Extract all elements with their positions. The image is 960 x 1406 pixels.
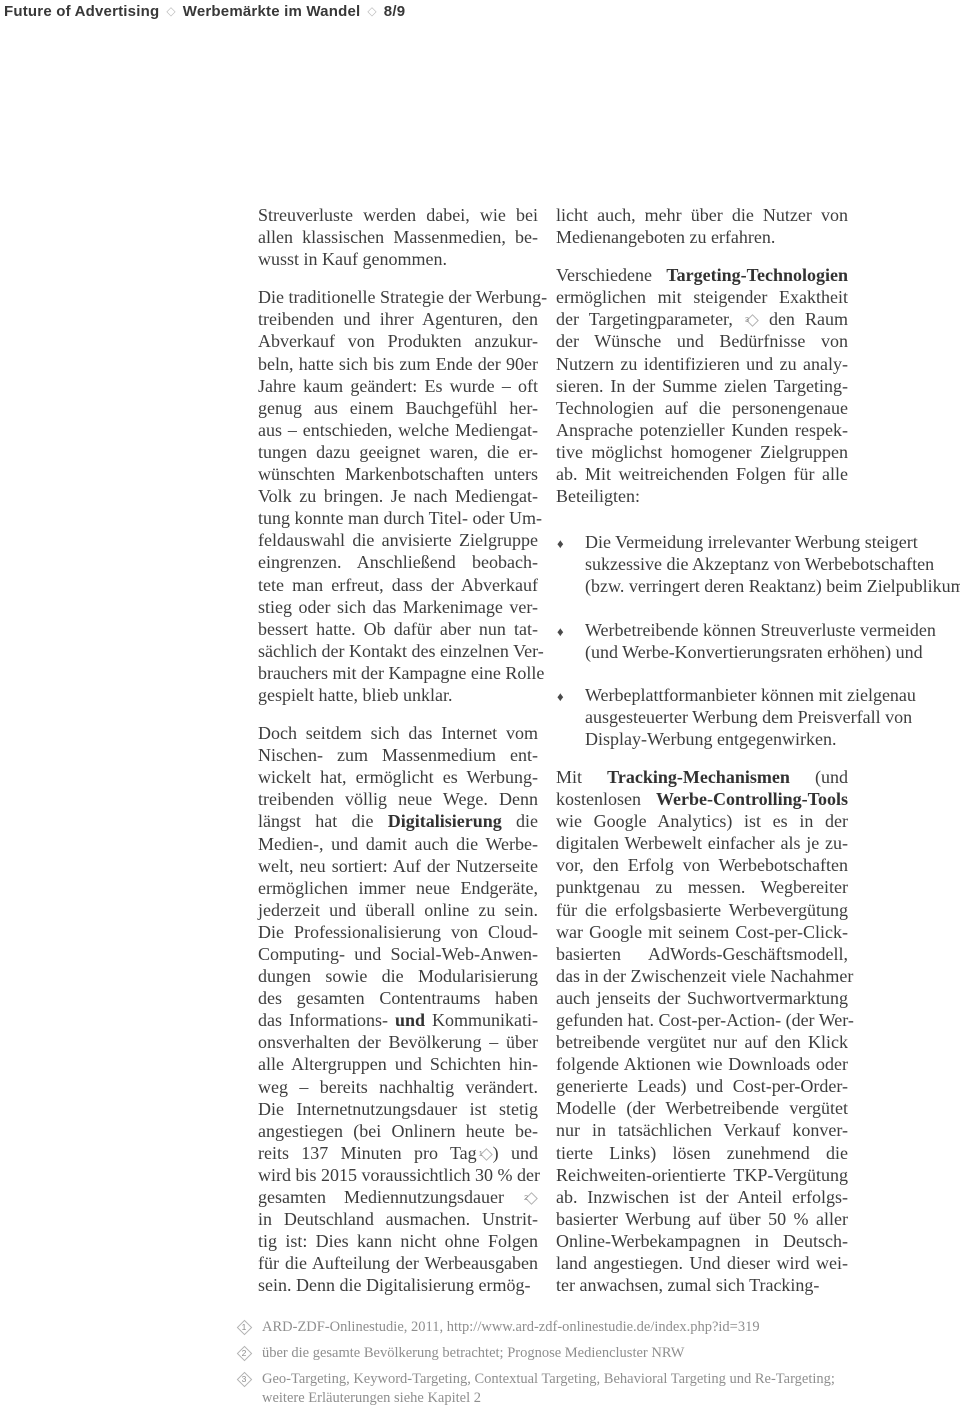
text-line: das in der Zwischenzeit viele Nachahmer bbox=[556, 965, 848, 987]
footnote-text: Geo-Targeting, Keyword-Targeting, Contex… bbox=[262, 1370, 952, 1406]
bold-term: Digitalisierung bbox=[388, 811, 502, 831]
footnote-marker-1-icon: 1 bbox=[236, 1319, 252, 1335]
text-line: Werbeplattformanbieter können mit zielge… bbox=[585, 684, 848, 706]
text-line: wie Google Analytics) ist es in der bbox=[556, 810, 848, 832]
text-line: tierte Links) lösen zunehmend die bbox=[556, 1142, 848, 1164]
text-line: das Informations- und Kommunikati- bbox=[258, 1009, 538, 1031]
text-line: basierter Werbung auf über 50 % aller bbox=[556, 1208, 848, 1230]
text-line: tive möglichst homogener Zielgruppen bbox=[556, 441, 848, 463]
text-line: beln, hatte sich bis zum Ende der 90er bbox=[258, 353, 538, 375]
bold-term: und bbox=[395, 1010, 425, 1030]
text-line: war Google mit seinem Cost-per-Click- bbox=[556, 921, 848, 943]
text-line: wickelt hat, ermöglicht es Werbung- bbox=[258, 766, 538, 788]
text-line: Nutzern zu identifizieren und zu analy- bbox=[556, 353, 848, 375]
text-line: ARD-ZDF-Onlinestudie, 2011, http://www.a… bbox=[262, 1318, 952, 1337]
text-line: gespielt hatte, blieb unklar. bbox=[258, 684, 538, 706]
text-line: brauchers mit der Kampagne eine Rolle bbox=[258, 662, 538, 684]
bullet-diamond-icon: ♦ bbox=[557, 686, 564, 708]
text-line: jederzeit und überall online zu sein. bbox=[258, 899, 538, 921]
text-line: weg – bereits nachhaltig verändert. bbox=[258, 1076, 538, 1098]
footnote-row: 1ARD-ZDF-Onlinestudie, 2011, http://www.… bbox=[236, 1318, 952, 1338]
text-line: Medien-, und damit auch die Werbe- bbox=[258, 833, 538, 855]
text-line: ab. Inzwischen ist der Anteil erfolgs- bbox=[556, 1186, 848, 1208]
footnote-row: 2über die gesamte Bevölkerung betrachtet… bbox=[236, 1344, 952, 1364]
text-line: Volk zu bringen. Je nach Mediengat- bbox=[258, 485, 538, 507]
text-line: eingrenzen. Anschließend beobach- bbox=[258, 551, 538, 573]
footnote-marker-cell: 2 bbox=[236, 1344, 262, 1364]
text-line: weitere Erläuterungen siehe Kapitel 2 bbox=[262, 1389, 952, 1406]
diamond-separator-icon: ◇ bbox=[166, 4, 175, 18]
text-line: treibenden und ihrer Agenturen, den bbox=[258, 308, 538, 330]
text-line: Geo-Targeting, Keyword-Targeting, Contex… bbox=[262, 1370, 952, 1389]
footnote-marker-1-icon: 1 bbox=[479, 1147, 493, 1161]
text-line: digitalen Werbewelt einfacher als je zu- bbox=[556, 832, 848, 854]
text-line: wünschten Markenbotschaften unters bbox=[258, 463, 538, 485]
footnote-marker-2-icon: 2 bbox=[524, 1191, 538, 1205]
text-line: bessert hatte. Ob dafür aber nun tat- bbox=[258, 618, 538, 640]
text-line: allen klassischen Massenmedien, be- bbox=[258, 226, 538, 248]
text-line: gefunden hat. Cost-per-Action- (der Wer- bbox=[556, 1009, 848, 1031]
text-line: tungen dazu geeignet waren, die er- bbox=[258, 441, 538, 463]
bullet-item: ♦Die Vermeidung irrelevanter Werbung ste… bbox=[556, 531, 848, 597]
paragraph: Verschiedene Targeting-Technologienermög… bbox=[556, 264, 848, 507]
text-line: (und Werbe-Konvertierungsraten erhöhen) … bbox=[585, 641, 848, 663]
bullet-list: ♦Die Vermeidung irrelevanter Werbung ste… bbox=[556, 531, 848, 750]
paragraph: Mit Tracking-Mechanismen (undkostenlosen… bbox=[556, 766, 848, 1296]
left-text-column: Streuverluste werden dabei, wie beiallen… bbox=[258, 204, 538, 1313]
text-line: punktgenau zu messen. Wegbereiter bbox=[556, 876, 848, 898]
bullet-text: Werbetreibende können Streuverluste verm… bbox=[585, 619, 848, 663]
text-line: Ansprache potenzieller Kunden respek- bbox=[556, 419, 848, 441]
text-line: Nischen- zum Massenmedium ent- bbox=[258, 744, 538, 766]
text-line: generierte Leads) und Cost-per-Order- bbox=[556, 1075, 848, 1097]
text-line: Verschiedene Targeting-Technologien bbox=[556, 264, 848, 286]
text-line: onsverhalten der Bevölkerung – über bbox=[258, 1031, 538, 1053]
text-line: der Targetingparameter, 3 den Raum bbox=[556, 308, 848, 330]
text-line: Computing- und Social-Web-Anwen- bbox=[258, 943, 538, 965]
text-line: welt, neu sortiert: Auf der Nutzerseite bbox=[258, 855, 538, 877]
text-line: nur in tatsächlichen Verkauf konver- bbox=[556, 1119, 848, 1141]
paragraph: Die traditionelle Strategie der Werbung-… bbox=[258, 286, 538, 706]
text-line: Streuverluste werden dabei, wie bei bbox=[258, 204, 538, 226]
document-page: Future of Advertising◇Werbemärkte im Wan… bbox=[0, 0, 960, 1406]
text-line: angestiegen (bei Onlinern heute be- bbox=[258, 1120, 538, 1142]
text-line: tig ist: Dies kann nicht ohne Folgen bbox=[258, 1230, 538, 1252]
text-line: ter anwachsen, zumal sich Tracking- bbox=[556, 1274, 848, 1296]
text-line: Online-Werbekampagnen in Deutsch- bbox=[556, 1230, 848, 1252]
footnote-text: über die gesamte Bevölkerung betrachtet;… bbox=[262, 1344, 952, 1364]
text-line: Werbetreibende können Streuverluste verm… bbox=[585, 619, 848, 641]
text-line: wusst in Kauf genommen. bbox=[258, 248, 538, 270]
bold-term: Werbe-Controlling-Tools bbox=[656, 789, 848, 809]
right-text-column: licht auch, mehr über die Nutzer vonMedi… bbox=[556, 204, 848, 1312]
text-line: folgende Aktionen wie Downloads oder bbox=[556, 1053, 848, 1075]
text-line: stieg oder sich das Markenimage ver- bbox=[258, 596, 538, 618]
footnote-marker-cell: 1 bbox=[236, 1318, 262, 1338]
text-line: genug aus einem Bauchgefühl her- bbox=[258, 397, 538, 419]
text-line: der Wünsche und Bedürfnisse von bbox=[556, 330, 848, 352]
text-line: Display-Werbung entgegenwirken. bbox=[585, 728, 848, 750]
text-line: in Deutschland ausmachen. Unstrit- bbox=[258, 1208, 538, 1230]
bullet-item: ♦Werbetreibende können Streuverluste ver… bbox=[556, 619, 848, 663]
text-line: vor, den Erfolg von Werbebotschaften bbox=[556, 854, 848, 876]
text-line: feldauswahl die anvisierte Zielgruppe bbox=[258, 529, 538, 551]
text-line: Die Professionalisierung von Cloud- bbox=[258, 921, 538, 943]
paragraph: licht auch, mehr über die Nutzer vonMedi… bbox=[556, 204, 848, 248]
bullet-text: Werbeplattformanbieter können mit zielge… bbox=[585, 684, 848, 750]
text-line: Die Vermeidung irrelevanter Werbung stei… bbox=[585, 531, 848, 553]
text-line: Jahre kaum geändert: Es wurde – oft bbox=[258, 375, 538, 397]
footnote-marker-3-icon: 3 bbox=[236, 1371, 252, 1387]
text-line: betreibende vergütet nur auf den Klick bbox=[556, 1031, 848, 1053]
footnotes-block: 1ARD-ZDF-Onlinestudie, 2011, http://www.… bbox=[236, 1318, 952, 1406]
bullet-item: ♦Werbeplattformanbieter können mit zielg… bbox=[556, 684, 848, 750]
bold-term: Tracking-Mechanismen bbox=[607, 767, 790, 787]
text-line: auch jenseits der Suchwortvermarktung bbox=[556, 987, 848, 1009]
footnote-marker-2-icon: 2 bbox=[236, 1345, 252, 1361]
text-line: treibenden völlig neue Wege. Denn bbox=[258, 788, 538, 810]
text-line: Mit Tracking-Mechanismen (und bbox=[556, 766, 848, 788]
text-line: gesamten Mediennutzungsdauer 2 bbox=[258, 1186, 538, 1208]
bullet-diamond-icon: ♦ bbox=[557, 621, 564, 643]
page-header: Future of Advertising◇Werbemärkte im Wan… bbox=[4, 3, 405, 20]
text-line: Beteiligten: bbox=[556, 485, 848, 507]
text-line: basierten AdWords-Geschäftsmodell, bbox=[556, 943, 848, 965]
header-title-part: 8/9 bbox=[384, 3, 405, 20]
footnote-text: ARD-ZDF-Onlinestudie, 2011, http://www.a… bbox=[262, 1318, 952, 1338]
text-line: sieren. In der Summe zielen Targeting- bbox=[556, 375, 848, 397]
text-line: längst hat die Digitalisierung die bbox=[258, 810, 538, 832]
text-line: (bzw. verringert deren Reaktanz) beim Zi… bbox=[585, 575, 848, 597]
footnote-row: 3Geo-Targeting, Keyword-Targeting, Conte… bbox=[236, 1370, 952, 1406]
footnote-marker-3-icon: 3 bbox=[745, 313, 759, 327]
text-line: Die traditionelle Strategie der Werbung- bbox=[258, 286, 538, 308]
text-line: für die erfolgsbasierte Werbevergütung bbox=[556, 899, 848, 921]
bullet-text: Die Vermeidung irrelevanter Werbung stei… bbox=[585, 531, 848, 597]
text-line: für die Aufteilung der Werbeausgaben bbox=[258, 1252, 538, 1274]
header-title-part: Werbemärkte im Wandel bbox=[183, 3, 361, 20]
text-line: Modelle (der Werbetreibende vergütet bbox=[556, 1097, 848, 1119]
text-line: Reichweiten-orientierte TKP-Vergütung bbox=[556, 1164, 848, 1186]
text-line: tete man erfreut, dass der Abverkauf bbox=[258, 574, 538, 596]
text-line: sukzessive die Akzeptanz von Werbebotsch… bbox=[585, 553, 848, 575]
paragraph: Streuverluste werden dabei, wie beiallen… bbox=[258, 204, 538, 270]
text-line: reits 137 Minuten pro Tag1) und bbox=[258, 1142, 538, 1164]
text-line: sächlich der Kontakt des einzelnen Ver- bbox=[258, 640, 538, 662]
text-line: Medienangeboten zu erfahren. bbox=[556, 226, 848, 248]
text-line: Abverkauf von Produkten anzukur- bbox=[258, 330, 538, 352]
text-line: tung konnte man durch Titel- oder Um- bbox=[258, 507, 538, 529]
text-line: Doch seitdem sich das Internet vom bbox=[258, 722, 538, 744]
text-line: ausgesteuerter Werbung dem Preisverfall … bbox=[585, 706, 848, 728]
text-line: dungen sowie die Modularisierung bbox=[258, 965, 538, 987]
text-line: alle Altergruppen und Schichten hin- bbox=[258, 1053, 538, 1075]
text-line: aus – entschieden, welche Mediengat- bbox=[258, 419, 538, 441]
diamond-separator-icon: ◇ bbox=[367, 4, 376, 18]
text-line: des gesamten Contentraums haben bbox=[258, 987, 538, 1009]
text-line: ermöglichen immer neue Endgeräte, bbox=[258, 877, 538, 899]
bullet-diamond-icon: ♦ bbox=[557, 533, 564, 555]
text-line: land angestiegen. Und dieser wird wei- bbox=[556, 1252, 848, 1274]
bold-term: Targeting-Technologien bbox=[666, 265, 848, 285]
header-title-part: Future of Advertising bbox=[4, 3, 159, 20]
text-line: über die gesamte Bevölkerung betrachtet;… bbox=[262, 1344, 952, 1363]
text-line: wird bis 2015 voraussichtlich 30 % der bbox=[258, 1164, 538, 1186]
text-line: Technologien auf die personengenaue bbox=[556, 397, 848, 419]
text-line: kostenlosen Werbe-Controlling-Tools bbox=[556, 788, 848, 810]
footnote-marker-cell: 3 bbox=[236, 1370, 262, 1406]
text-line: ab. Mit weitreichenden Folgen für alle bbox=[556, 463, 848, 485]
text-line: Die Internetnutzungsdauer ist stetig bbox=[258, 1098, 538, 1120]
text-line: sein. Denn die Digitalisierung ermög- bbox=[258, 1274, 538, 1296]
paragraph: Doch seitdem sich das Internet vomNische… bbox=[258, 722, 538, 1296]
text-line: ermöglichen mit steigender Exaktheit bbox=[556, 286, 848, 308]
text-line: licht auch, mehr über die Nutzer von bbox=[556, 204, 848, 226]
